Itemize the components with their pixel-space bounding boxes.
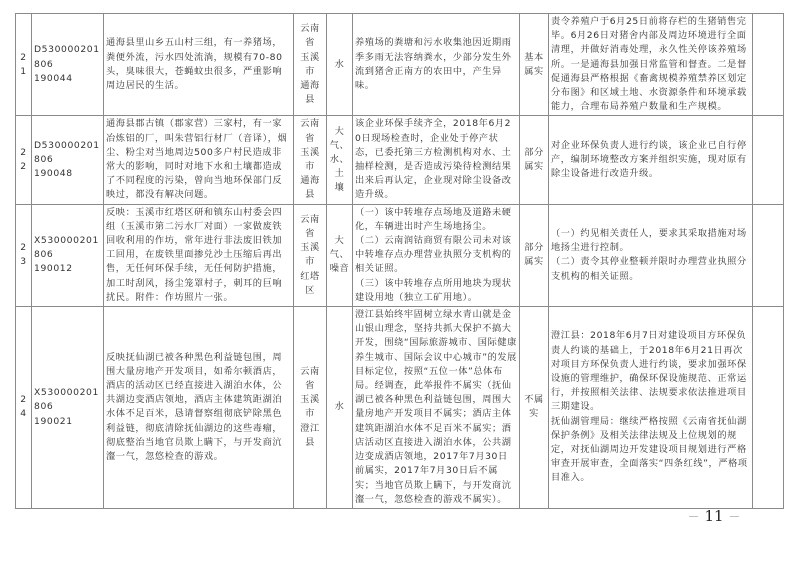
verdict: 部分 属实 bbox=[520, 116, 549, 204]
region-line: 云南省 bbox=[296, 117, 324, 145]
region-line: 通海县 bbox=[296, 174, 324, 202]
complaint-content: 反映抚仙湖已被各种黑色利益链包围，周围大量房地产开发项目，如希尔顿酒店，酒店的活… bbox=[104, 307, 294, 509]
verdict-line: 属实 bbox=[522, 255, 546, 269]
region-line: 澄江县 bbox=[296, 422, 324, 450]
remark bbox=[753, 204, 784, 306]
verdict: 基本 属实 bbox=[520, 14, 549, 116]
case-code-line: 190012 bbox=[34, 262, 101, 276]
remark bbox=[753, 116, 784, 204]
verdict-line: 部分 bbox=[522, 146, 546, 160]
pollution-type-line: 大气、 bbox=[329, 234, 350, 262]
row-index: 23 bbox=[16, 204, 32, 306]
region-line: 通海县 bbox=[296, 79, 324, 107]
page-number-value: 11 bbox=[704, 507, 723, 525]
region-line: 云南省 bbox=[296, 22, 324, 50]
row-index: 22 bbox=[16, 116, 32, 204]
administrative-region: 云南省 玉溪市 通海县 bbox=[294, 116, 327, 204]
administrative-region: 云南省 玉溪市 红塔区 bbox=[294, 204, 327, 306]
handling-item: 澄江县：2018年6月7日对建设项目方环保负责人约谈的基础上，于2018年6月2… bbox=[551, 329, 750, 414]
investigation-result: 该企业环保手续齐全，2018年6月20日现场检查时，企业处于停产状态，已委托第三… bbox=[353, 116, 520, 204]
administrative-region: 云南省 玉溪市 澄江县 bbox=[294, 307, 327, 509]
pollution-type-line: 水 bbox=[329, 58, 350, 72]
pollution-type-line: 水、土 bbox=[329, 153, 350, 181]
table-row: 22 D530000201806 190048 通海县郡古镇（郡家营）三家村，有… bbox=[16, 116, 784, 204]
case-code: D530000201806 190048 bbox=[32, 116, 104, 204]
region-line: 云南省 bbox=[296, 213, 324, 241]
verdict-line: 部分 bbox=[522, 241, 546, 255]
handling-measures: （一）约见相关责任人，要求其采取措施对场地扬尘进行控制。 （二）责令其停业整顿并… bbox=[549, 204, 753, 306]
pollution-type-line: 噪音 bbox=[329, 262, 350, 276]
investigation-result: （一）该中转堆存点场地及道路未硬化，车辆进出时产生场地扬尘。 （二）云南润钴商贸… bbox=[353, 204, 520, 306]
handling-item: （二）责令其停业整顿并限时办理营业执照分支机构的相关证照。 bbox=[551, 255, 750, 283]
region-line: 玉溪市 bbox=[296, 51, 324, 79]
case-code-line: D530000201806 bbox=[34, 139, 101, 167]
verdict-line: 基本 bbox=[522, 51, 546, 65]
case-code: X530000201806 190012 bbox=[32, 204, 104, 306]
verdict: 不属 实 bbox=[520, 307, 549, 509]
region-line: 玉溪市 bbox=[296, 393, 324, 421]
case-code-line: D530000201806 bbox=[34, 43, 101, 71]
region-line: 玉溪市 bbox=[296, 146, 324, 174]
case-code-line: 190021 bbox=[34, 415, 101, 429]
pollution-type: 水 bbox=[327, 14, 353, 116]
pollution-type: 大气、 水、土 壤 bbox=[327, 116, 353, 204]
investigation-result: 养殖场的粪塘和污水收集池因近期雨季多雨无法容纳粪水，少部分发生外流到猪舍正南方的… bbox=[353, 14, 520, 116]
verdict-line: 实 bbox=[522, 407, 546, 421]
complaint-content: 通海县里山乡五山村三组，有一养猪场，粪便外流，污水四处流淌，规模有70-80头，… bbox=[104, 14, 294, 116]
pollution-type-line: 大气、 bbox=[329, 125, 350, 153]
table-row: 24 X530000201806 190021 反映抚仙湖已被各种黑色利益链包围… bbox=[16, 307, 784, 509]
page-dash-left: － bbox=[688, 510, 700, 524]
investigation-item: （一）该中转堆存点场地及道路未硬化，车辆进出时产生场地扬尘。 bbox=[355, 206, 517, 234]
page-number: － 11 － bbox=[684, 507, 744, 525]
table-row: 23 X530000201806 190012 反映：玉溪市红塔区研和镇东山村委… bbox=[16, 204, 784, 306]
complaint-table: 21 D530000201806 190044 通海县里山乡五山村三组，有一养猪… bbox=[15, 13, 784, 509]
row-index: 21 bbox=[16, 14, 32, 116]
case-code-line: 190044 bbox=[34, 72, 101, 86]
case-code-line: X530000201806 bbox=[34, 234, 101, 262]
handling-measures: 责令养殖户于6月25日前将存栏的生猪销售完毕。6月26日对猪舍内部及周边环境进行… bbox=[549, 14, 753, 116]
handling-measures: 澄江县：2018年6月7日对建设项目方环保负责人约谈的基础上，于2018年6月2… bbox=[549, 307, 753, 509]
case-code: X530000201806 190021 bbox=[32, 307, 104, 509]
pollution-type: 水 bbox=[327, 307, 353, 509]
verdict-line: 不属 bbox=[522, 393, 546, 407]
complaint-content: 通海县郡古镇（郡家营）三家村，有一家冶炼铝的厂，叫朱营铝行材厂（音译），烟尘、粉… bbox=[104, 116, 294, 204]
verdict-line: 属实 bbox=[522, 160, 546, 174]
case-code-line: X530000201806 bbox=[34, 386, 101, 414]
pollution-type: 大气、 噪音 bbox=[327, 204, 353, 306]
remark bbox=[753, 14, 784, 116]
administrative-region: 云南省 玉溪市 通海县 bbox=[294, 14, 327, 116]
case-code-line: 190048 bbox=[34, 167, 101, 181]
handling-item: （一）约见相关责任人，要求其采取措施对场地扬尘进行控制。 bbox=[551, 227, 750, 255]
table-row: 21 D530000201806 190044 通海县里山乡五山村三组，有一养猪… bbox=[16, 14, 784, 116]
handling-measures: 对企业环保负责人进行约谈，该企业已自行停产，编制环境整改方案并组织实施，现对原有… bbox=[549, 116, 753, 204]
pollution-type-line: 壤 bbox=[329, 181, 350, 195]
page-dash-right: － bbox=[728, 510, 740, 524]
complaint-content: 反映：玉溪市红塔区研和镇东山村委会四组（玉溪市第二污水厂对面）一家做废铁回收利用… bbox=[104, 204, 294, 306]
region-line: 云南省 bbox=[296, 365, 324, 393]
verdict: 部分 属实 bbox=[520, 204, 549, 306]
region-line: 红塔区 bbox=[296, 270, 324, 298]
pollution-type-line: 水 bbox=[329, 400, 350, 414]
row-index: 24 bbox=[16, 307, 32, 509]
remark bbox=[753, 307, 784, 509]
investigation-result: 澄江县始终牢固树立绿水青山就是金山银山理念，坚持共抓大保护不搞大开发，围绕“国际… bbox=[353, 307, 520, 509]
handling-item: 抚仙湖管理局：继续严格按照《云南省抚仙湖保护条例》及相关法律法规及上位规划的规定… bbox=[551, 415, 750, 486]
investigation-item: （三）该中转堆存点所用地块为现状建设用地（独立工矿用地）。 bbox=[355, 277, 517, 305]
verdict-line: 属实 bbox=[522, 65, 546, 79]
investigation-item: （二）云南润钴商贸有限公司未对该中转堆存点办理营业执照分支机构的相关证照。 bbox=[355, 234, 517, 277]
region-line: 玉溪市 bbox=[296, 241, 324, 269]
case-code: D530000201806 190044 bbox=[32, 14, 104, 116]
